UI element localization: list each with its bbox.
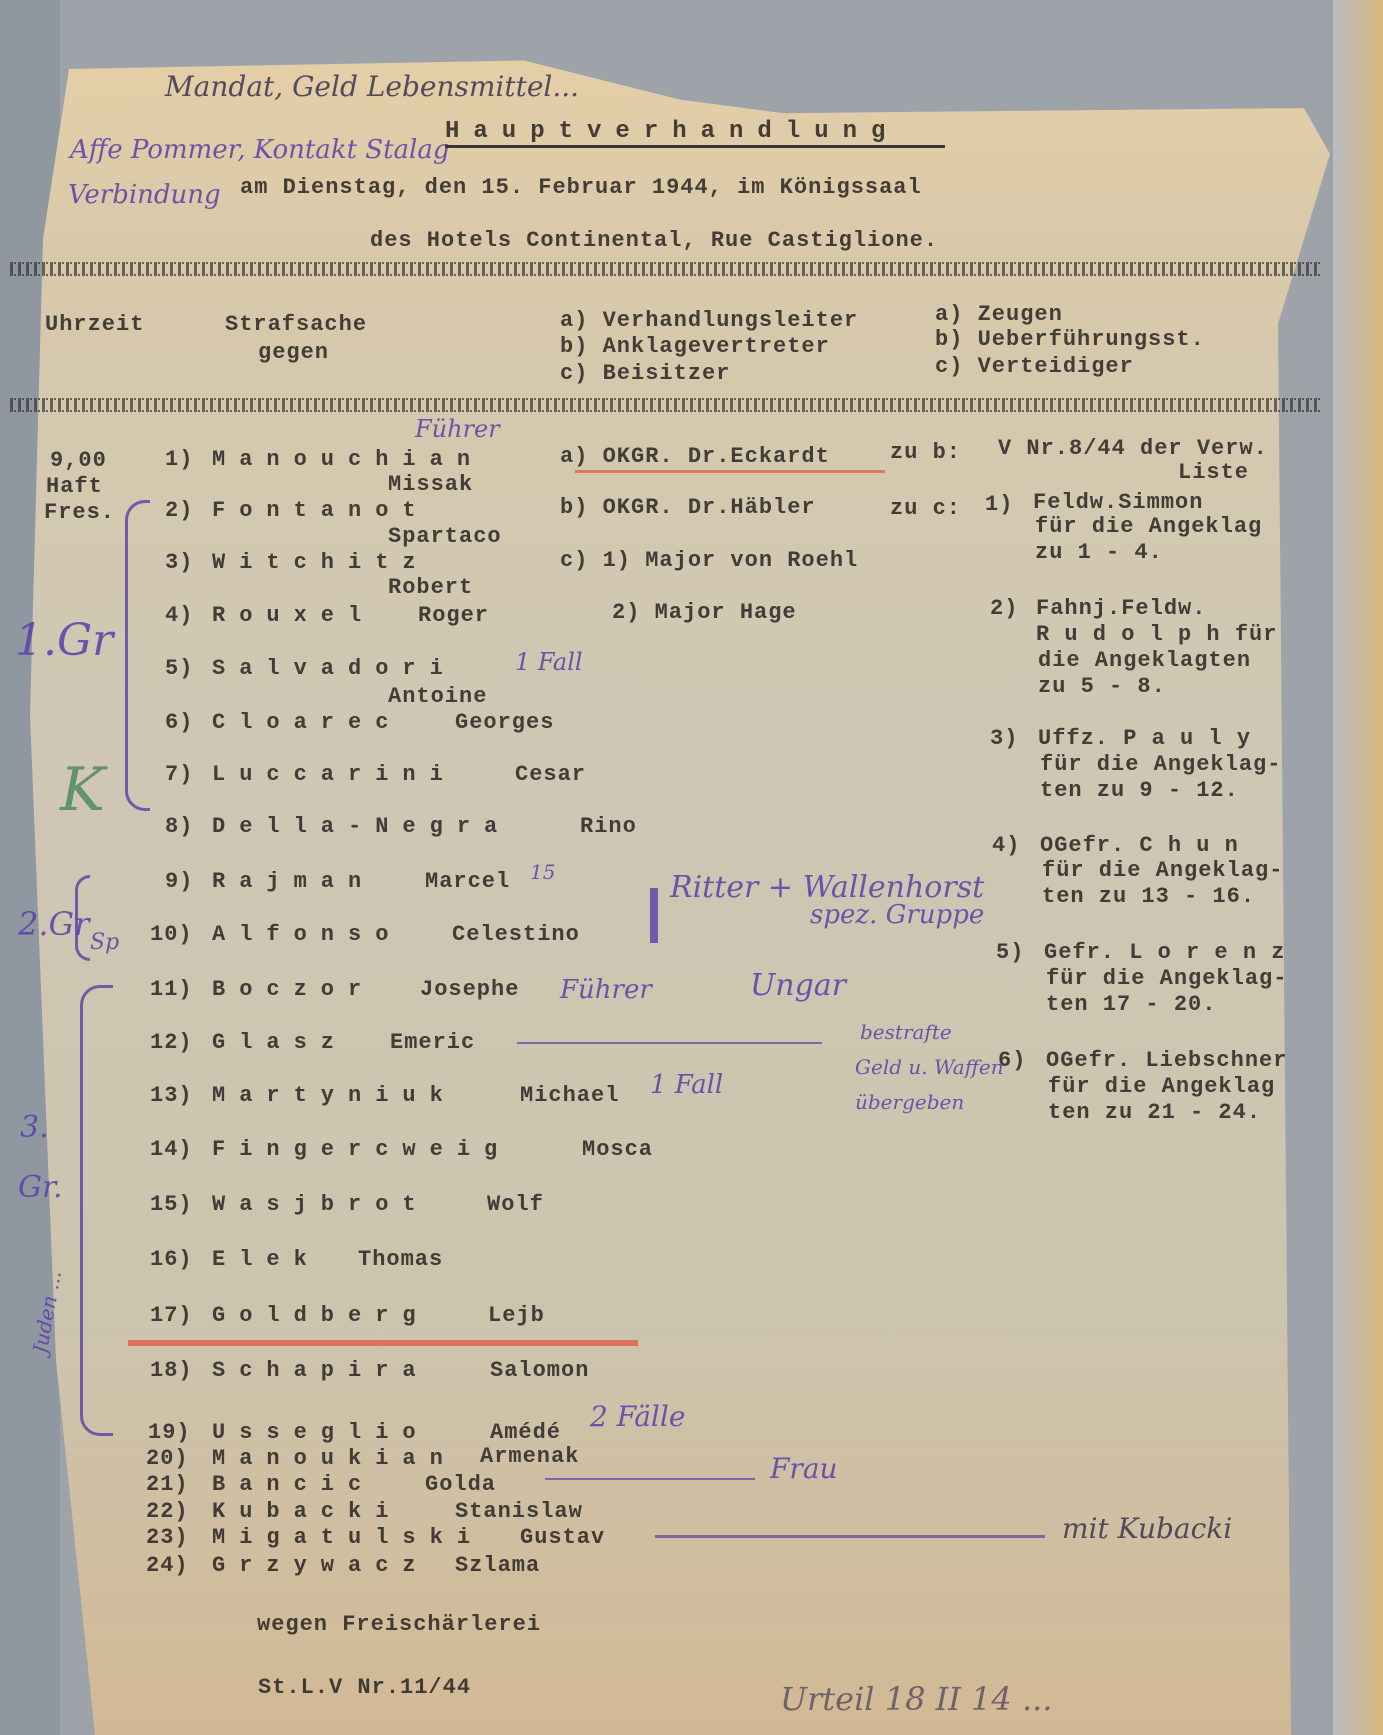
line-glasz: [517, 1042, 822, 1044]
defender-line: ten zu 21 - 24.: [1048, 1100, 1261, 1125]
defendant-surname: Della-Negra: [212, 814, 511, 839]
defender-line: ten zu 13 - 16.: [1042, 884, 1255, 909]
defendant-num: 20): [146, 1446, 189, 1471]
header-court-a: a) Verhandlungsleiter: [560, 308, 858, 333]
defendant-given: Emeric: [390, 1030, 475, 1055]
header-case-1: Strafsache: [225, 312, 367, 337]
red-underline-eckardt: [575, 470, 885, 473]
defender-num: 5): [996, 940, 1024, 965]
defender-line: Uffz. P a u l y: [1038, 726, 1251, 751]
defender-num: 1): [985, 492, 1013, 517]
header-time: Uhrzeit: [45, 312, 144, 337]
defendant-surname: Fontanot: [212, 498, 430, 523]
line-migatulski: [655, 1535, 1045, 1538]
date-line: am Dienstag, den 15. Februar 1944, im Kö…: [240, 175, 922, 200]
reference-number: St.L.V Nr.11/44: [258, 1675, 471, 1700]
defendant-num: 17): [150, 1303, 193, 1328]
defendant-surname: Schapira: [212, 1358, 430, 1383]
defendant-num: 12): [150, 1030, 193, 1055]
defendant-given: Mosca: [582, 1137, 653, 1162]
defendant-num: 2): [165, 498, 193, 523]
defendant-num: 13): [150, 1083, 193, 1108]
defendant-surname: Cloarec: [212, 710, 402, 735]
defendant-surname: Luccarini: [212, 762, 457, 787]
defendant-given: Robert: [388, 575, 473, 600]
defendant-surname: Elek: [212, 1247, 321, 1272]
defendant-surname: Manouchian: [212, 447, 484, 472]
defendant-num: 6): [165, 710, 193, 735]
note-spec: spez. Gruppe: [810, 900, 984, 930]
defender-line: die Angeklagten: [1038, 648, 1251, 673]
defendant-given: Stanislaw: [455, 1499, 583, 1524]
defendant-num: 8): [165, 814, 193, 839]
defender-num: 4): [992, 833, 1020, 858]
header-wit-c: c) Verteidiger: [935, 354, 1134, 379]
defendant-surname: Bancic: [212, 1472, 375, 1497]
defendant-surname: Alfonso: [212, 922, 402, 947]
defendant-given: Szlama: [455, 1553, 540, 1578]
defendant-surname: Rajman: [212, 869, 375, 894]
defendant-num: 23): [146, 1525, 189, 1550]
document-title: Hauptverhandlung: [445, 118, 899, 145]
defender-line: für die Angeklag: [1035, 514, 1262, 539]
note-ungar: Ungar: [750, 968, 846, 1003]
defendant-given: Michael: [520, 1083, 619, 1108]
court-presiding: a) OKGR. Dr.Eckardt: [560, 444, 830, 469]
defendant-num: 9): [165, 869, 193, 894]
note-faelle-19: 2 Fälle: [590, 1400, 685, 1433]
defendant-given: Missak: [388, 472, 473, 497]
defendant-given: Salomon: [490, 1358, 589, 1383]
note-top-2: Affe Pommer, Kontakt Stalag: [70, 135, 450, 165]
note-frau: Frau: [770, 1452, 838, 1485]
session-place: Fres.: [44, 500, 115, 525]
defendant-given: Antoine: [388, 684, 487, 709]
defendant-num: 15): [150, 1192, 193, 1217]
note-faelle-13: 1 Fall: [650, 1070, 723, 1100]
divider-header: [10, 398, 1320, 412]
note-geld: Geld u. Waffen: [855, 1055, 1004, 1079]
defendant-num: 14): [150, 1137, 193, 1162]
defender-line: OGefr. C h u n: [1040, 833, 1239, 858]
defendant-surname: Kubacki: [212, 1499, 402, 1524]
defendant-num: 3): [165, 550, 193, 575]
defender-line: OGefr. Liebschner: [1046, 1048, 1287, 1073]
note-bestrafte: bestrafte: [860, 1020, 952, 1044]
defendant-num: 7): [165, 762, 193, 787]
charge-line: wegen Freischärlerei: [257, 1612, 541, 1637]
defendant-given: Georges: [455, 710, 554, 735]
divider-top: [10, 262, 1320, 276]
defendant-given: Cesar: [515, 762, 586, 787]
defendant-num: 24): [146, 1553, 189, 1578]
defendant-num: 19): [148, 1420, 191, 1445]
defendant-surname: Usseglio: [212, 1420, 430, 1445]
zu-b-text-1: V Nr.8/44 der Verw.: [998, 436, 1268, 461]
defender-num: 3): [990, 726, 1018, 751]
brace-group-1: [125, 500, 150, 811]
defendant-surname: Migatulski: [212, 1525, 484, 1550]
defendant-num: 18): [150, 1358, 193, 1383]
zu-c-label: zu c:: [890, 496, 961, 521]
defendant-surname: Glasz: [212, 1030, 348, 1055]
session-status: Haft: [46, 474, 103, 499]
court-assessor-1: c) 1) Major von Roehl: [560, 548, 858, 573]
note-group-3a: 3.: [20, 1110, 49, 1145]
defender-line: ten 17 - 20.: [1046, 992, 1216, 1017]
brace-group-3: [80, 985, 113, 1436]
location-line: des Hotels Continental, Rue Castiglione.: [370, 228, 938, 253]
defendant-surname: Wasjbrot: [212, 1192, 430, 1217]
defendant-given: Golda: [425, 1472, 496, 1497]
note-faelle-5: 1 Fall: [515, 648, 583, 676]
defendant-given: Armenak: [480, 1444, 579, 1469]
note-group-1-mark: K: [60, 755, 105, 825]
note-top-1: Mandat, Geld Lebensmittel...: [165, 70, 579, 103]
defender-line: für die Angeklag-: [1046, 966, 1287, 991]
note-mit-kubacki: mit Kubacki: [1062, 1512, 1232, 1545]
defendant-given: Thomas: [358, 1247, 443, 1272]
defender-num: 2): [990, 596, 1018, 621]
defendant-given: Marcel: [425, 869, 510, 894]
defender-line: Feldw.Simmon: [1033, 490, 1203, 515]
defendant-given: Rino: [580, 814, 637, 839]
defendant-given: Spartaco: [388, 524, 502, 549]
note-group-3b: Gr.: [18, 1170, 63, 1205]
defendant-num: 5): [165, 656, 193, 681]
note-num-15: 15: [530, 860, 555, 884]
defendant-num: 22): [146, 1499, 189, 1524]
header-court-c: c) Beisitzer: [560, 361, 730, 386]
defendant-surname: Grzywacz: [212, 1553, 430, 1578]
zu-b-label: zu b:: [890, 440, 961, 465]
defender-line: für die Angeklag: [1048, 1074, 1275, 1099]
defender-line: für die Angeklag-: [1040, 752, 1281, 777]
court-prosecutor: b) OKGR. Dr.Häbler: [560, 495, 816, 520]
header-case-2: gegen: [258, 340, 329, 365]
defendant-given: Roger: [418, 603, 489, 628]
defendant-given: Josephe: [420, 977, 519, 1002]
note-fuehrer-11: Führer: [560, 975, 652, 1005]
note-top-3: Verbindung: [68, 180, 221, 210]
defendant-surname: Salvadori: [212, 656, 457, 681]
line-bancic: [545, 1478, 755, 1480]
defendant-num: 4): [165, 603, 193, 628]
bracket-mark: [650, 888, 658, 943]
defendant-surname: Rouxel: [212, 603, 375, 628]
defender-line: für die Angeklag-: [1042, 858, 1283, 883]
defendant-num: 11): [150, 977, 193, 1002]
red-underline-goldberg: [128, 1340, 638, 1346]
defendant-num: 16): [150, 1247, 193, 1272]
header-court-b: b) Anklagevertreter: [560, 334, 830, 359]
defendant-surname: Fingercweig: [212, 1137, 511, 1162]
defendant-num: 21): [146, 1472, 189, 1497]
defendant-surname: Martyniuk: [212, 1083, 457, 1108]
defendant-given: Celestino: [452, 922, 580, 947]
note-group-2: 2.Gr: [18, 905, 89, 943]
title-underline: [445, 145, 945, 148]
header-wit-a: a) Zeugen: [935, 302, 1063, 327]
note-uebergeben: übergeben: [855, 1090, 964, 1114]
defendant-surname: Boczor: [212, 977, 375, 1002]
defender-line: zu 5 - 8.: [1038, 674, 1166, 699]
header-wit-b: b) Ueberführungsst.: [935, 327, 1205, 352]
note-group-1: 1.Gr: [15, 615, 113, 666]
defender-line: zu 1 - 4.: [1035, 540, 1163, 565]
session-time: 9,00: [50, 448, 107, 473]
defender-line: Gefr. L o r e n z: [1044, 940, 1285, 965]
defendant-num: 10): [150, 922, 193, 947]
court-assessor-2: 2) Major Hage: [612, 600, 797, 625]
defendant-given: Wolf: [487, 1192, 544, 1217]
defendant-given: Amédé: [490, 1420, 561, 1445]
note-fuehrer-1: Führer: [415, 415, 500, 443]
defendant-surname: Witchitz: [212, 550, 430, 575]
defender-line: ten zu 9 - 12.: [1040, 778, 1239, 803]
defendant-num: 1): [165, 447, 193, 472]
note-group-2-sub: Sp: [90, 930, 119, 955]
defender-line: Fahnj.Feldw.: [1036, 596, 1206, 621]
backdrop-right: [1333, 0, 1383, 1735]
defendant-given: Gustav: [520, 1525, 605, 1550]
defendant-given: Lejb: [488, 1303, 545, 1328]
zu-b-text-2: Liste: [1178, 460, 1249, 485]
defendant-surname: Goldberg: [212, 1303, 430, 1328]
defendant-surname: Manoukian: [212, 1446, 457, 1471]
note-bottom: Urteil 18 II 14 ...: [780, 1680, 1052, 1718]
defender-line: R u d o l p h für: [1036, 622, 1277, 647]
